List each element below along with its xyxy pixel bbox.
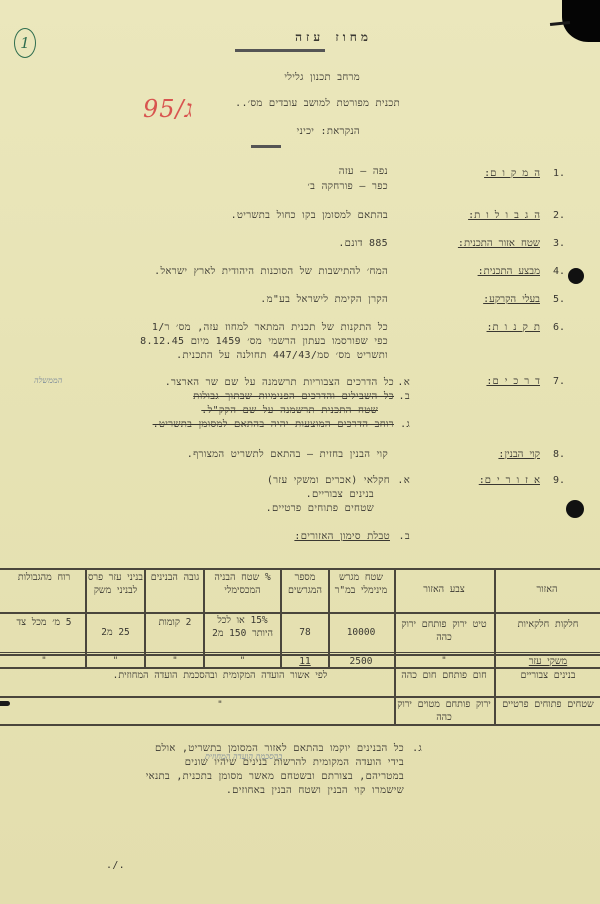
col-header-coverage: % שטח הבניה המכסימלי bbox=[205, 571, 280, 597]
section-number: 9. bbox=[553, 475, 565, 486]
zones-table-title: טבלת סימון האזורים: bbox=[294, 531, 390, 542]
ink-mark bbox=[0, 701, 10, 706]
section-number: 8. bbox=[553, 449, 565, 460]
item-marker: ב. bbox=[399, 531, 410, 542]
item-marker: ג. bbox=[400, 419, 410, 430]
table-cell: חום פותחם חום כהה bbox=[396, 669, 492, 682]
plan-name-underline bbox=[251, 145, 281, 148]
col-header-lot-count: מספר המגרשים bbox=[282, 571, 328, 597]
table-cell: " bbox=[396, 655, 492, 668]
section-label-executor: מבצע התכנית: bbox=[478, 266, 540, 277]
section-label-zones: א ז ו ר י ם: bbox=[479, 475, 540, 486]
table-cell: 5 מ׳ מכל צד bbox=[4, 616, 84, 629]
table-cell-merged: לפי אשור הועדה המקומית ובהסכמת הועדה המח… bbox=[100, 669, 340, 682]
punch-hole bbox=[566, 500, 584, 518]
document-page: 1 מחוז עזה מרחב תכנון גלילי תכנית מפורטת… bbox=[0, 0, 600, 904]
section-label-regulations: ת ק נ ו ת: bbox=[487, 322, 540, 333]
table-cell: " bbox=[4, 655, 84, 668]
item-marker: ג. bbox=[412, 743, 422, 754]
table-cell: " bbox=[87, 655, 144, 668]
table-cell: ירוק פותחם מטוים ירוק כהה bbox=[396, 698, 492, 724]
col-header-setback: רוח מהגבולות bbox=[4, 571, 84, 584]
section-text: נפה – עזה bbox=[339, 166, 388, 177]
col-header-height: גובה הבנינים bbox=[146, 571, 204, 584]
table-cell: " bbox=[146, 655, 204, 668]
zones-item: שטחים פתוחים פרטיים. bbox=[266, 503, 374, 514]
table-cell: 2500 bbox=[330, 655, 392, 668]
plan-name: הנקראת: יכיני bbox=[297, 126, 360, 137]
section-number: 3. bbox=[553, 238, 565, 249]
col-header-zone: האזור bbox=[494, 583, 600, 596]
table-cell: " bbox=[205, 655, 280, 668]
section-label-building-lines: קוי הבנין: bbox=[498, 449, 540, 460]
item-marker: ב. bbox=[399, 391, 410, 402]
section-text: הקרן הקימת לישראל בע"מ. bbox=[260, 294, 388, 305]
closing-text: במטריהם, בצורתם ובשטחם מאשר מסומן בתכנית… bbox=[146, 771, 404, 782]
section-label-landowner: בעלי הקרקע: bbox=[483, 294, 540, 305]
section-label-location: ה מ ק ו ם: bbox=[484, 168, 540, 179]
table-cell: 25 מ2 bbox=[87, 626, 144, 639]
zones-item: בנינים צבוריים. bbox=[306, 489, 374, 500]
pencil-margin-note: הממשלה bbox=[34, 376, 62, 385]
section-text: המח׳ להתישבות של הסוכנות היהודית לארץ יש… bbox=[154, 266, 388, 277]
closing-text: בידי הועדה המקומית להרשות בנינים שיהיו ש… bbox=[185, 757, 404, 768]
section-number: 2. bbox=[553, 210, 565, 221]
section-text: כפי שפורסמו בעתון הרשמי מס׳ 1459 מיום 8.… bbox=[140, 336, 388, 347]
section-number: 1. bbox=[553, 168, 565, 179]
roads-item-a: כל הדרכים הצבוריות תרשמנה על שם שר הארצר… bbox=[165, 377, 394, 388]
col-header-color: צבע האזור bbox=[394, 583, 494, 596]
section-label-area: שטח אזור התכנית: bbox=[458, 238, 540, 249]
table-cell-merged: " bbox=[180, 699, 260, 712]
zones-table: האזור צבע האזור שטח מגרש מינימלי במ"ר מס… bbox=[0, 568, 600, 726]
footer-mark: ./. bbox=[106, 860, 125, 871]
page-title: מחוז עזה bbox=[295, 30, 372, 45]
table-cell: חלקות חלקאיות bbox=[500, 618, 596, 631]
section-text: כל התקנות של תכנית המתאר למחוז עזה, מס׳ … bbox=[152, 322, 388, 333]
table-cell: 2 קומות bbox=[146, 616, 204, 629]
closing-text: כל הבנינים יוקמו בהתאם לאזור המסומן בתשר… bbox=[155, 743, 404, 754]
page-number-circle: 1 bbox=[14, 28, 36, 58]
section-label-boundaries: ה ג ב ו ל ו ת: bbox=[468, 210, 540, 221]
section-number: 4. bbox=[553, 266, 565, 277]
item-marker: א. bbox=[397, 377, 410, 388]
section-label-roads: ד ר כ י ם: bbox=[486, 376, 540, 387]
section-text: 885 דונם. bbox=[338, 238, 388, 249]
col-header-aux: בניני עזר פרס לבניני משק bbox=[87, 571, 144, 597]
roads-item-c-struck: רוחב הדרכים המוצעות יהיה בהתאם למסומן בת… bbox=[153, 419, 394, 430]
table-cell: 78 bbox=[282, 626, 328, 639]
section-number: 5. bbox=[553, 294, 565, 305]
title-underline bbox=[235, 49, 325, 52]
item-marker: א. bbox=[397, 475, 410, 486]
table-cell: טיט ירוק פותחם ירוק כהה bbox=[396, 618, 492, 644]
roads-item-b-struck: כל השבילים והדרכים הפנימיות שבתוך גבולות bbox=[193, 391, 394, 402]
table-cell: משקי עזר bbox=[500, 655, 596, 668]
roads-item-b-cont-struck: שטח התכנית תרשמנה על שם הקק"ל. bbox=[201, 405, 378, 416]
zones-item: חקלאי (אכרים ומשקי עזר) bbox=[267, 475, 390, 486]
section-text: בהתאם למסומן בקו כחול בתשריט. bbox=[231, 210, 388, 221]
punch-hole bbox=[568, 268, 584, 284]
table-cell: שטחים פתוחים פרטיים bbox=[500, 698, 596, 711]
section-text: ותשריט מס׳ סמ/447/43 תחולנה על התכנית. bbox=[176, 350, 388, 361]
section-number: 7. bbox=[553, 376, 565, 387]
table-cell: 11 bbox=[282, 655, 328, 668]
table-cell: בנינים צבוריים bbox=[500, 669, 596, 682]
section-text: קוי הבנין בחזית – בהתאם לתשריט המצורף. bbox=[187, 449, 388, 460]
table-cell: 10000 bbox=[330, 626, 392, 639]
table-cell: 15% או לכל היותר 150 מ2 bbox=[205, 614, 280, 640]
section-text: כפר – פורחקה ב׳ bbox=[308, 181, 388, 192]
section-number: 6. bbox=[553, 322, 565, 333]
plan-line: תכנית מפורטת למושב עובדים מס׳.. bbox=[235, 98, 400, 109]
handwritten-reference: 95/ג bbox=[143, 95, 194, 124]
closing-text: שישמרו קוי הבנין ושטח הבנין באחוזים. bbox=[226, 785, 404, 796]
col-header-min-lot: שטח מגרש מינימלי במ"ר bbox=[330, 571, 392, 597]
subtitle: מרחב תכנון גלילי bbox=[284, 72, 360, 83]
